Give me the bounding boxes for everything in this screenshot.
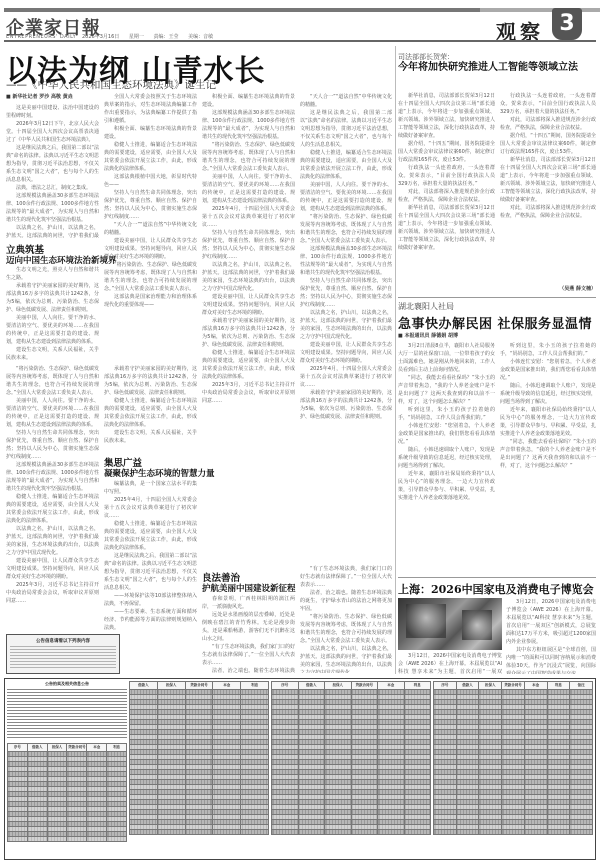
lead-byline: 新华社记者 罗沙 高敬 黄垚: [6, 93, 99, 101]
table-header: 序号: [434, 682, 457, 690]
paragraph: “将污染防治、生态保护、绿色低碳发展等内容统筹考虑，既体现了人与自然和谐共生的理…: [6, 365, 99, 397]
paragraph: 这部法典是国家治理能力和治理体系现代化的重要体现——: [104, 293, 197, 309]
paragraph: 对此，司法部将深入推进规范涉企行政检查，严格执法，保障企业合法权益。: [500, 204, 596, 220]
paragraph: 小韩连忙安慰：“您别着急，个人养老金政策是国家推出的，我们帮您看看具体情况。”: [398, 422, 495, 446]
column-divider: [395, 46, 396, 674]
paragraph: 小韩连忙安慰：“您别着急，个人养老金政策是国家推出的，我们帮您看看具体情况。”: [500, 358, 596, 382]
paragraph: 承载着守护美丽家园的美好期待，这部法典16万多字的法典共计1242条，分为5编，…: [104, 365, 197, 397]
lead-column-2c: 承载着守护美丽家园的美好期待，这部法典16万多字的法典共计1242条，分为5编，…: [104, 365, 197, 455]
paragraph: 以法典之名，护山川，以法典之名，护蓝天。这部法典的问世，守护着我们最美的家园，生…: [6, 224, 99, 238]
table-row: [130, 830, 269, 835]
hubei-byline-wrap: 本报通讯员 薛德娟 胡博: [398, 332, 596, 340]
paragraph: 其中东方枢纽展区是“全球首创，国内唯一”的面积可以同时容纳展示和消费体验30天。…: [506, 646, 596, 674]
table-header: 借款人: [27, 744, 47, 752]
paragraph: 行政执法一头连着政府，一头连着群众。贺荣表示，“目前全国行政执法人员329万名，…: [500, 92, 596, 116]
paragraph: 法者，治之端也。随着生态环境法典的诞生，守护绿水青山的法治之网将更加牢固。: [300, 589, 392, 613]
table-header: 借款人: [456, 682, 479, 690]
paragraph: 随后，小韩迅速调取个人账户，发现是系统升级导致的信息延迟，经过核实处理，问题当场…: [398, 446, 495, 470]
paragraph: 以法典之名，护山川，以法典之名，护蓝天。这部法典的问世，守护着我们最美的家园，生…: [6, 525, 99, 557]
paragraph: “天人合一”“道法自然”中华传统文化的精髓。: [300, 93, 392, 109]
paragraph: 全国人大常委会按照关于生态环境法典草案的指示，对生态环境法典编纂工作作出重要指示…: [104, 93, 197, 125]
paragraph: 听到这里，朱小玉的孩子拉着她的手，“妈妈别急，工作人员会帮我们的。”: [398, 406, 495, 422]
paragraph: 坚持人与自然生命共同体理念，突出保护优先，尊重自然、顺应自然、保护自然；坚持以人…: [202, 229, 295, 261]
table-notice-title: 公告拍卖及相关信息公告: [7, 681, 127, 687]
lead-subtitle: ——《中华人民共和国生态环境法典》诞生记: [6, 77, 216, 92]
lead-column-2d: 编纂法典，是一个国家立法水平的集中写照。 2025年4月，十四届全国人大常委会第…: [104, 480, 197, 630]
lead-column-1c: “将污染防治、生态保护、绿色低碳发展等内容统筹考虑，既体现了人与自然和谐共生的理…: [6, 365, 99, 630]
paragraph: 3月2日清晨8点半，襄阳市人社局服务大厅一层的社保窗口前，一位带着孩子的女士面露…: [398, 342, 495, 374]
hubei-kicker: 湖北襄阳人社局: [398, 301, 454, 312]
paragraph: 法典，谱法之总汇，制度之集成。: [6, 184, 99, 192]
table-header: 担保人: [47, 744, 67, 752]
paragraph: 以法典之名，护山川，以法典之名，护蓝天。这部法典的问世，守护着我们最美的家园，生…: [202, 261, 295, 293]
table-header: 担保人: [157, 682, 185, 690]
paragraph: 2025年4月，十四届全国人大常委会第十五次会议对法典草案进行了初次审议……: [300, 365, 392, 389]
table-header: 担保人: [479, 682, 502, 690]
paragraph: 3月12日，2026中国家电及消费电子博览会（AWE 2026）在上海开幕。本届…: [506, 598, 596, 646]
paragraph: 2025年3月，习近平总书记主持召开中央政治局常委会会议，听取审议并原则同意……: [202, 381, 295, 405]
paragraph: 据介绍，“十四五”期间，国务院提请全国人大常委会审议法律议案60件，制定修订行政…: [398, 140, 495, 164]
notice-table-ad: 公告拍卖及相关信息公告 序号 借款人 担保人 贷款合同号 本金 利息: [4, 678, 596, 860]
paragraph: 对此，司法部将深入推进规范涉企行政检查，严格执法，保障企业合法权益。: [500, 116, 596, 132]
table-header: 借款人: [298, 682, 325, 690]
table-header: 利息: [404, 682, 431, 690]
paragraph: 承载着守护美丽家园的美好期待，这部法典16万多字的法典共计1242条，分为5编，…: [6, 282, 99, 314]
table-header: 贷款合同号: [185, 682, 213, 690]
section-heading-3b: 护航美丽中国建设新征程: [202, 582, 296, 594]
page-number-badge: 3: [552, 8, 582, 40]
table-header: 贷款合同号: [67, 744, 87, 752]
lead-column-4: “天人合一”“道法自然”中华传统文化的精髓。 这是继民法典之后，我国第二部以“法…: [300, 93, 392, 563]
table-notice-block: 公告拍卖及相关信息公告: [7, 681, 127, 741]
paragraph: 这部规模法典涵盖30多部生态环境法律、100余件行政法规、1000多件地方性法规…: [6, 192, 99, 224]
table-right: 序号 借款人 担保人 贷款合同号 本金 利息 备注: [433, 681, 593, 835]
table-row: [8, 837, 127, 842]
lead-column-3b: 春和景明，广西桂林阳朔的漓江两岸，一派旖旎风光。 远处是水墨画般的层峦叠嶂，近处…: [202, 595, 295, 673]
paragraph: “将污染防治、生态保护、绿色低碳发展等内容统筹考虑，既体现了人与自然和谐共生的理…: [300, 613, 392, 645]
table-left: 序号 借款人 担保人 贷款合同号 本金 利息: [7, 743, 127, 842]
article-divider: [398, 577, 596, 578]
table-header: 备注: [570, 682, 593, 690]
table-middle-left: 借款人 担保人 贷款合同号 本金 利息: [129, 681, 269, 835]
notice-box: 公告信息请看以下列表内容: [6, 634, 120, 674]
paragraph: 这部规模法典涵盖30多部生态环境法律、100余件行政法规、1000多件地方性法规…: [300, 245, 392, 277]
paragraph: 建设生态文明，关系人民福祉，关乎民族未来。: [104, 429, 197, 445]
shanghai-side-text: 3月12日，2026中国家电及消费电子博览会（AWE 2026）在上海开幕。本届…: [506, 598, 596, 674]
paragraph: 积极全面、编纂生态环境法典的背景建设。: [202, 93, 295, 109]
lead-column-2: 全国人大常委会按照关于生态环境法典草案的指示，对生态环境法典编纂工作作出重要指示…: [104, 93, 197, 363]
paragraph: 建设美丽中国，让人民群众共享生态文明建设成果。坚持问题导向，回应人民群众对美好生…: [6, 557, 99, 581]
paragraph: “同志，我能去看看社保吗？”朱小玉的声音带着焦急，“我的个人养老金账户是不是出问…: [500, 438, 596, 470]
lead-column-3: 积极全面、编纂生态环境法典的背景建设。 这部规模法典涵盖30多部生态环境法律、1…: [202, 93, 295, 563]
table-header: 本金: [524, 682, 547, 690]
paragraph: 承载着守护美丽家园的美好期待，这部法典16万多字的法典共计1242条，分为5编，…: [202, 317, 295, 349]
section-heading-2b: 凝聚保护生态环境的智慧力量: [104, 467, 215, 479]
paragraph: 这是继民法典之后，我国第二部以“法典”命名的法律。法典以习近平生态文明思想为指导…: [104, 552, 197, 592]
table-header: 借款人: [130, 682, 158, 690]
lead-column-4b: “有了生态环境法典，我们家门口的好生态就有法律保障了。”一位全国人大代表表示………: [300, 565, 392, 673]
paragraph: 这部规模法典涵盖30多部生态环境法律、100余件行政法规、1000多件地方性法规…: [6, 461, 99, 493]
data-table: 序号 借款人 担保人 贷款合同号 本金 利息: [7, 743, 127, 842]
data-table: 序号 借款人 担保人 贷款合同号 本金 利息: [271, 681, 431, 835]
paragraph: 以法典之名，护山川，以法典之名，护蓝天。这部法典的问世，守护着我们最美的家园，生…: [300, 309, 392, 341]
hubei-column-2: 听到这里，朱小玉的孩子拉着她的手，“妈妈别急，工作人员会帮我们的。” 小韩连忙安…: [500, 342, 596, 574]
paragraph: 坚持人与自然生命共同体理念，突出保护优先，尊重自然、顺应自然、保护自然；坚持以人…: [6, 429, 99, 461]
ai-law-signoff: （吴燕 薛文楠）: [500, 285, 596, 293]
paragraph: 这是美丽中国建设、法治中国建设的里程碑时刻。: [6, 104, 99, 120]
paragraph: 据介绍，“十四五”期间，国务院提请全国人大常委会审议法律议案60件，制定修订行政…: [500, 132, 596, 156]
table-row: [434, 830, 593, 835]
table-row: [272, 830, 431, 835]
table-header: 本金: [378, 682, 405, 690]
paragraph: 承载着守护美丽家园的美好期待，这部法典16万多字的法典共计1242条，分为5编，…: [300, 389, 392, 421]
paragraph: 这部法典根植中国大地，彰显时代特色——: [104, 173, 197, 189]
masthead-rule: [4, 40, 596, 42]
table-header: 序号: [8, 744, 28, 752]
paragraph: 行政执法一头连着政府，一头连着群众。贺荣表示，“目前全国行政执法人员329万名，…: [398, 164, 495, 188]
paragraph: 新华社消息，司法部部长贺荣3月12日在十四届全国人大四次会议第三场“部长通道”上…: [398, 204, 495, 252]
caption-text: 3月12日，2026中国家电及消费电子博览会（AWE 2026）在上海开幕。本届…: [398, 652, 502, 674]
hubei-byline: 本报通讯员 薛德娟 胡博: [398, 332, 596, 340]
paragraph: 稳健人士推进，编纂适合生态环境法典的需要建设，适应需要，由全国人大及其常委会依法…: [202, 349, 295, 381]
paragraph: 新华社消息，司法部部长贺荣3月12日在十四届全国人大四次会议第三场“部长通道”上…: [500, 156, 596, 204]
paragraph: “有了生态环境法典，我们家门口的好生态就有法律保障了。”一位全国人大代表表示……: [300, 565, 392, 589]
paragraph: 美丽中国，人人向往。要干净的水、要清洁的空气、要优美的环境……在我国的传统中，正…: [300, 181, 392, 213]
issue-meta: 2026年3月16日 星期一 责编：王莹 美编：音敏: [82, 33, 221, 40]
paragraph: 2025年3月，习近平总书记主持召开中央政治局常委会会议，听取审议并原则同意……: [6, 581, 99, 605]
lead-column-1b: 生态文明之光，照亮人与自然和谐共生之路。 承载着守护美丽家园的美好期待，这部法典…: [6, 266, 99, 362]
table-header: 本金: [213, 682, 241, 690]
table-middle-right: 序号 借款人 担保人 贷款合同号 本金 利息: [271, 681, 431, 835]
paragraph: 近年来，襄阳市社保局始终秉持“以人民为中心”的服务理念，一边大力宣传政策，引导群…: [500, 406, 596, 438]
paragraph: ——环境保护法等10部法律整体纳入法典，不再保留。: [104, 592, 197, 608]
paragraph: 新华社消息，司法部部长贺荣3月12日在十四届全国人大四次会议第三场“部长通道”上…: [398, 92, 495, 140]
hubei-column-1: 3月2日清晨8点半，襄阳市人社局服务大厅一层的社保窗口前，一位带着孩子的女士面露…: [398, 342, 495, 574]
paragraph: 生态文明之光，照亮人与自然和谐共生之路。: [6, 266, 99, 282]
paragraph: 稳健人士推进，编纂适合生态环境法典的需要建设，适应需要，由全国人大及其常委会依法…: [300, 149, 392, 181]
paragraph: 稳健人士推进，编纂适合生态环境法典的需要建设，适应需要，由全国人大及其常委会依法…: [104, 520, 197, 552]
table-header: 贷款合同号: [351, 682, 378, 690]
paragraph: 美丽中国，人人向往。要干净的水、要清洁的空气、要优美的环境……在我国的传统中，正…: [6, 397, 99, 429]
paragraph: 稳健人士推进，编纂适合生态环境法典的需要建设，适应需要，由全国人大及其常委会依法…: [6, 493, 99, 525]
data-table: 借款人 担保人 贷款合同号 本金 利息: [129, 681, 269, 835]
ai-law-column-2: 行政执法一头连着政府，一头连着群众。贺荣表示，“目前全国行政执法人员329万名，…: [500, 92, 596, 284]
paragraph: 建设生态文明，关系人民福祉，关乎民族未来。: [6, 346, 99, 362]
paragraph: 2025年4月，十四届全国人大常委会第十五次会议对法典草案进行了初次审议……: [202, 205, 295, 229]
paragraph: ——生态要素、生态系统方面和循环经济、节约能源等方面的法律则规划纳入法典。: [104, 608, 197, 630]
paragraph: 听到这里，朱小玉的孩子拉着她的手，“妈妈别急，工作人员会帮我们的。”: [500, 342, 596, 358]
paragraph: 法者，治之端也。随着生态环境法典的诞生，守护绿水青山的法治之网将更加牢固。: [202, 667, 295, 673]
paragraph: 积极全面、编纂生态环境法典的背景建设。: [104, 125, 197, 141]
table-header: 利息: [547, 682, 570, 690]
table-notice-lines: [7, 689, 127, 739]
hubei-headline: 急事快办解民困 社保服务显温情: [398, 313, 592, 332]
paragraph: 美丽中国，人人向往。要干净的水、要清洁的空气、要优美的环境……在我国的传统中，正…: [202, 173, 295, 205]
paragraph: 稳健人士推进，编纂适合生态环境法典的需要建设，适应需要，由全国人大及其常委会依法…: [104, 397, 197, 429]
section-heading-1b: 迈向中国生态环境法治新境界: [6, 254, 117, 266]
paragraph: 以法典之名，护山川，以法典之名，护蓝天。这部法典的问世，守护着我们最美的家园，生…: [300, 645, 392, 673]
paragraph: “将污染防治、生态保护、绿色低碳发展等内容统筹考虑，既体现了人与自然和谐共生的理…: [104, 261, 197, 293]
paragraph: “有了生态环境法典，我们家门口的好生态就有法律保障了。”一位全国人大代表表示……: [202, 643, 295, 667]
paragraph: 建设美丽中国，让人民群众共享生态文明建设成果。坚持问题导向，回应人民群众对美好生…: [202, 293, 295, 317]
table-header: 担保人: [325, 682, 352, 690]
paragraph: 坚持人与自然生命共同体理念，突出保护优先，尊重自然、顺应自然、保护自然；坚持以人…: [104, 189, 197, 221]
table-header: 利息: [107, 744, 127, 752]
table-header: 贷款合同号: [502, 682, 525, 690]
paragraph: 2025年4月，十四届全国人大常委会第十五次会议对法典草案进行了初次审议……: [104, 496, 197, 520]
paragraph: 2026年3月12日下午，北京人民大会堂。十四届全国人大四次会议高票表决通过了《…: [6, 120, 99, 144]
paragraph: 美丽中国，人人向往。要干净的水、要清洁的空气、要优美的环境……在我国的传统中，正…: [6, 314, 99, 346]
paragraph: 建设美丽中国，让人民群众共享生态文明建设成果。坚持问题导向，回应人民群众对美好生…: [300, 341, 392, 365]
table-header: 本金: [87, 744, 107, 752]
paragraph: 建设美丽中国，让人民群众共享生态文明建设成果。坚持问题导向，回应人民群众对美好生…: [104, 237, 197, 261]
paragraph: “天人合一”“道法自然”中华传统文化的精髓。: [104, 221, 197, 237]
top-rule-accent: [480, 8, 600, 12]
paragraph: 编纂法典，是一个国家立法水平的集中写照。: [104, 480, 197, 496]
notice-title: 公告信息请看以下列表内容: [10, 638, 116, 644]
lead-column-1: 新华社记者 罗沙 高敬 黄垚 这是美丽中国建设、法治中国建设的里程碑时刻。 20…: [6, 93, 99, 238]
paragraph: “将污染防治、生态保护、绿色低碳发展等内容统筹考虑，既体现了人与自然和谐共生的理…: [202, 141, 295, 173]
paragraph: 这部规模法典涵盖30多部生态环境法律、100余件行政法规、1000多件地方性法规…: [202, 109, 295, 141]
data-table: 序号 借款人 担保人 贷款合同号 本金 利息 备注: [433, 681, 593, 835]
expo-photo: [398, 598, 502, 650]
paragraph: “将污染防治、生态保护、绿色低碳发展等内容统筹考虑，既体现了人与自然和谐共生的理…: [300, 213, 392, 245]
paragraph: 这是继民法典之后，我国第二部以“法典”命名的法律。法典以习近平生态文明思想为指导…: [6, 144, 99, 184]
paragraph: 对此，司法部将深入推进规范涉企行政检查，严格执法，保障企业合法权益。: [398, 188, 495, 204]
paragraph: 坚持人与自然生命共同体理念，突出保护优先，尊重自然、顺应自然、保护自然；坚持以人…: [300, 277, 392, 309]
ai-law-column-1: 新华社消息，司法部部长贺荣3月12日在十四届全国人大四次会议第三场“部长通道”上…: [398, 92, 495, 292]
table-header: 序号: [272, 682, 299, 690]
notice-text-lines: [10, 646, 116, 670]
table-header: 利息: [241, 682, 269, 690]
article-divider: [398, 297, 596, 298]
paragraph: “同志，我能去看看社保吗？”朱小玉的声音带着焦急，“我的个人养老金账户是不是出问…: [398, 374, 495, 406]
paragraph: 稳健人士推进，编纂适合生态环境法典的需要建设，适应需要，由全国人大及其常委会依法…: [104, 141, 197, 173]
paragraph: 这是继民法典之后，我国第二部以“法典”命名的法律。法典以习近平生态文明思想为指导…: [300, 109, 392, 149]
paragraph: 远处是水墨画般的层峦叠嶂，近处是倒映在碧江的青竹秀林。无论是漫步街头，还是乘船畅…: [202, 611, 295, 643]
masthead: 企業家日報 ENTREPRENEURS' DAILY 2026年3月16日 星期…: [4, 14, 596, 41]
paragraph: 近年来，襄阳市社保局始终秉持“以人民为中心”的服务理念，一边大力宣传政策，引导群…: [398, 470, 495, 502]
photo-caption: 3月12日，2026中国家电及消费电子博览会（AWE 2026）在上海开幕。本届…: [398, 652, 502, 674]
ai-law-headline: 今年将加快研究推进人工智能等领域立法: [398, 61, 598, 75]
paragraph: 随后，小韩迅速调取个人账户，发现是系统升级导致的信息延迟，经过核实处理，问题当场…: [500, 382, 596, 406]
paragraph: 春和景明，广西桂林阳朔的漓江两岸，一派旖旎风光。: [202, 595, 295, 611]
